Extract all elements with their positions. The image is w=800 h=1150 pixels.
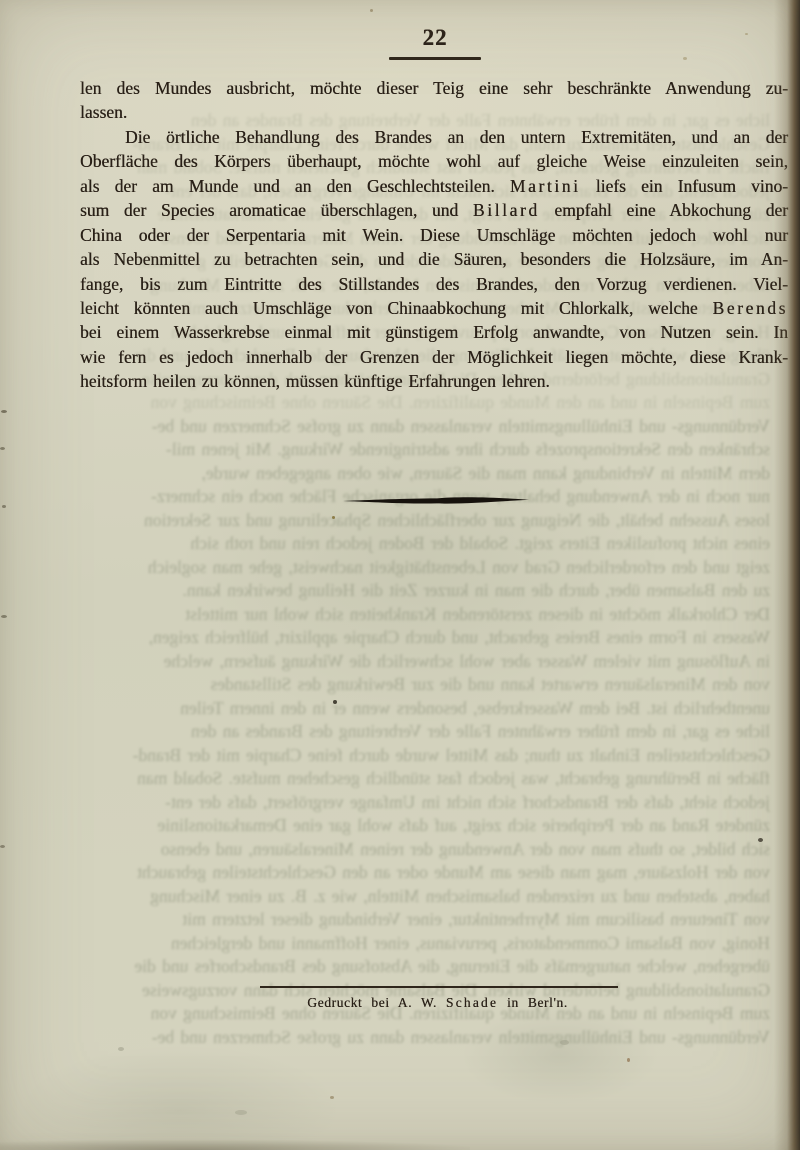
page-number: 22 (385, 25, 485, 51)
text-line: fange, bis zum Eintritte des Stillstande… (80, 272, 788, 296)
text-line: als der am Munde und an den Geschlechtst… (80, 174, 788, 198)
paper-speck (118, 1047, 124, 1051)
paper-speck (1, 410, 7, 413)
bleedthrough-line: Wassers in Form eines Breies gebracht, u… (25, 625, 770, 649)
text-line: Die örtliche Behandlung des Brandes an d… (80, 125, 788, 149)
bleedthrough-line: jedoch sieht, dafs der Brandschorf sich … (25, 790, 770, 814)
bleedthrough-line: eines nicht profusliken Eiters zeigt. So… (25, 531, 770, 555)
bleedthrough-line: sich bildet, so thufs man von der Anwend… (25, 837, 770, 861)
bleedthrough-line: zu den Balsamen über, durch die man in k… (25, 578, 770, 602)
bottom-edge-shadow (0, 1134, 470, 1150)
bleedthrough-line: Verdünnungs- und Einhüllungsmitteln vera… (25, 414, 770, 438)
bleedthrough-line: von den Mineralsäuren erwartet kann und … (25, 672, 770, 696)
text-line: lassen. (80, 100, 788, 124)
bleedthrough-line: zeigt und den erforderlichen Grad von Le… (25, 555, 770, 579)
text-line: bei einem Wasserkrebse einmal mit günsti… (80, 320, 788, 344)
letterspaced-term: Schade (446, 995, 498, 1010)
paper-speck (333, 700, 337, 704)
printer-imprint: Gedruckt bei A. W. Schade in Berl'n. (160, 995, 715, 1011)
text-line: sum der Species aromaticae überschlagen,… (80, 198, 788, 222)
text-line: Oberfläche des Körpers überhaupt, möchte… (80, 149, 788, 173)
paper-speck (0, 447, 5, 450)
letterspaced-term: Martini (510, 176, 581, 196)
ink-blot (343, 495, 529, 507)
bleedthrough-line: von der Holzsäure, mag man diese am Mund… (25, 860, 770, 884)
bleedthrough-line: haben, abstehen und zu reizenden balsami… (25, 884, 770, 908)
text-line: heitsform heilen zu können, müssen künft… (80, 369, 788, 393)
bleedthrough-line: dern Mitteln in Verbindung kann man die … (25, 461, 770, 485)
paper-speck (758, 838, 763, 842)
paper-speck (0, 845, 5, 848)
bleedthrough-line: fläche in Berührung gebracht, was jedoch… (25, 766, 770, 790)
text-line: len des Mundes ausbricht, möchte dieser … (80, 76, 788, 100)
paper-speck (745, 33, 748, 35)
scanned-book-page: { "page": { "number": "22", "imprint": "… (0, 0, 800, 1150)
paper-speck (370, 9, 373, 12)
letterspaced-term: Billard (473, 200, 540, 220)
paper-speck (2, 505, 6, 508)
paper-speck (560, 1040, 569, 1045)
bleedthrough-line: unentbehrlich ist. Bei dem Wasserkrebse,… (25, 696, 770, 720)
bleedthrough-line: Honig, von Balsami Commendatoris, peruvi… (25, 931, 770, 955)
bleedthrough-line: in Auflösung mit vielem Wasser aber wohl… (25, 649, 770, 673)
paper-speck (1, 615, 7, 618)
bleedthrough-line: von Tineturen basilicum mit Myrrhentinkt… (25, 907, 770, 931)
body-text-block: len des Mundes ausbricht, möchte dieser … (80, 76, 788, 394)
page-edge-shadow (774, 0, 800, 1150)
paper-speck (235, 1110, 247, 1115)
page-number-rule (389, 57, 481, 60)
bleedthrough-line: liche es gar, in dem früher erwähnten Fa… (25, 719, 770, 743)
bleedthrough-line: Der Chlorkalk möchte in diesen zerstören… (25, 602, 770, 626)
paper-speck (330, 1096, 334, 1099)
imprint-rule (260, 986, 618, 988)
text-line: wie fern es jedoch innerhalb der Grenzen… (80, 345, 788, 369)
bleedthrough-line: übergehen, welche naturgemäfs die Eiteru… (25, 954, 770, 978)
text-line: China oder der Serpentaria mit Wein. Die… (80, 223, 788, 247)
text-line: leicht könnten auch Umschläge von Chinaa… (80, 296, 788, 320)
bleedthrough-line: schränken den Sekretionsprozefs durch ih… (25, 437, 770, 461)
bleedthrough-line: Verdünnungs- und Einhüllungsmitteln vera… (25, 1025, 770, 1049)
paper-speck (332, 516, 335, 519)
bleedthrough-line: Geschlechtsteilen Einhalt zu thun; das M… (25, 743, 770, 767)
bleedthrough-line: zündete Rand an der Peripherie sich zeig… (25, 813, 770, 837)
paper-speck (627, 1058, 630, 1062)
text-line: als Nebenmittel zu betrachten sein, und … (80, 247, 788, 271)
bleedthrough-line: loses Aussehn behält, die Neigung zur ob… (25, 508, 770, 532)
paper-speck (683, 57, 687, 60)
